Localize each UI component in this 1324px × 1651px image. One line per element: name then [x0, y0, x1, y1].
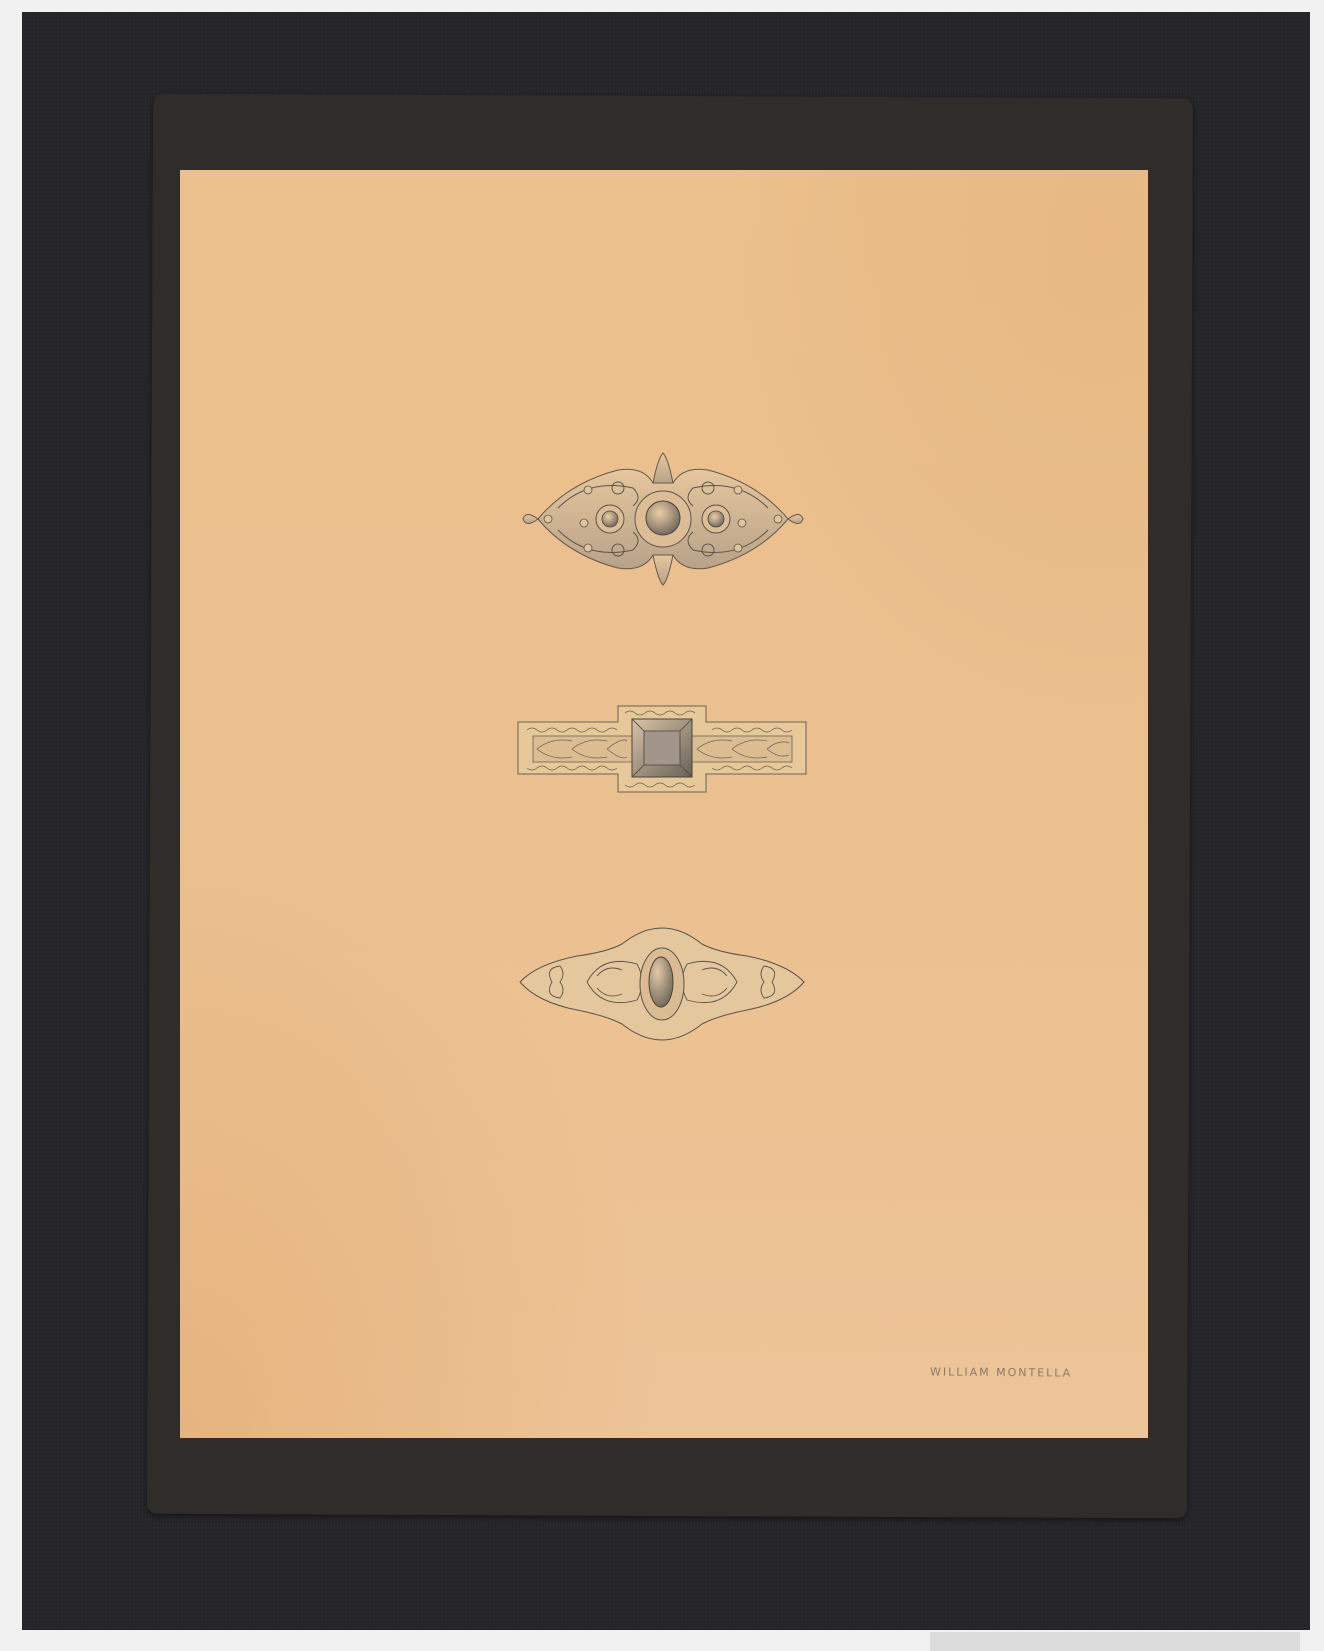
oval-brooch-drawing — [517, 924, 807, 1044]
scroll-brooch-drawing — [518, 448, 808, 590]
drawing-paper: WILLIAM MONTELLA — [180, 170, 1148, 1438]
scan-edge-strip — [930, 1632, 1300, 1651]
artist-signature: WILLIAM MONTELLA — [930, 1365, 1072, 1379]
bar-brooch-drawing — [517, 703, 807, 794]
